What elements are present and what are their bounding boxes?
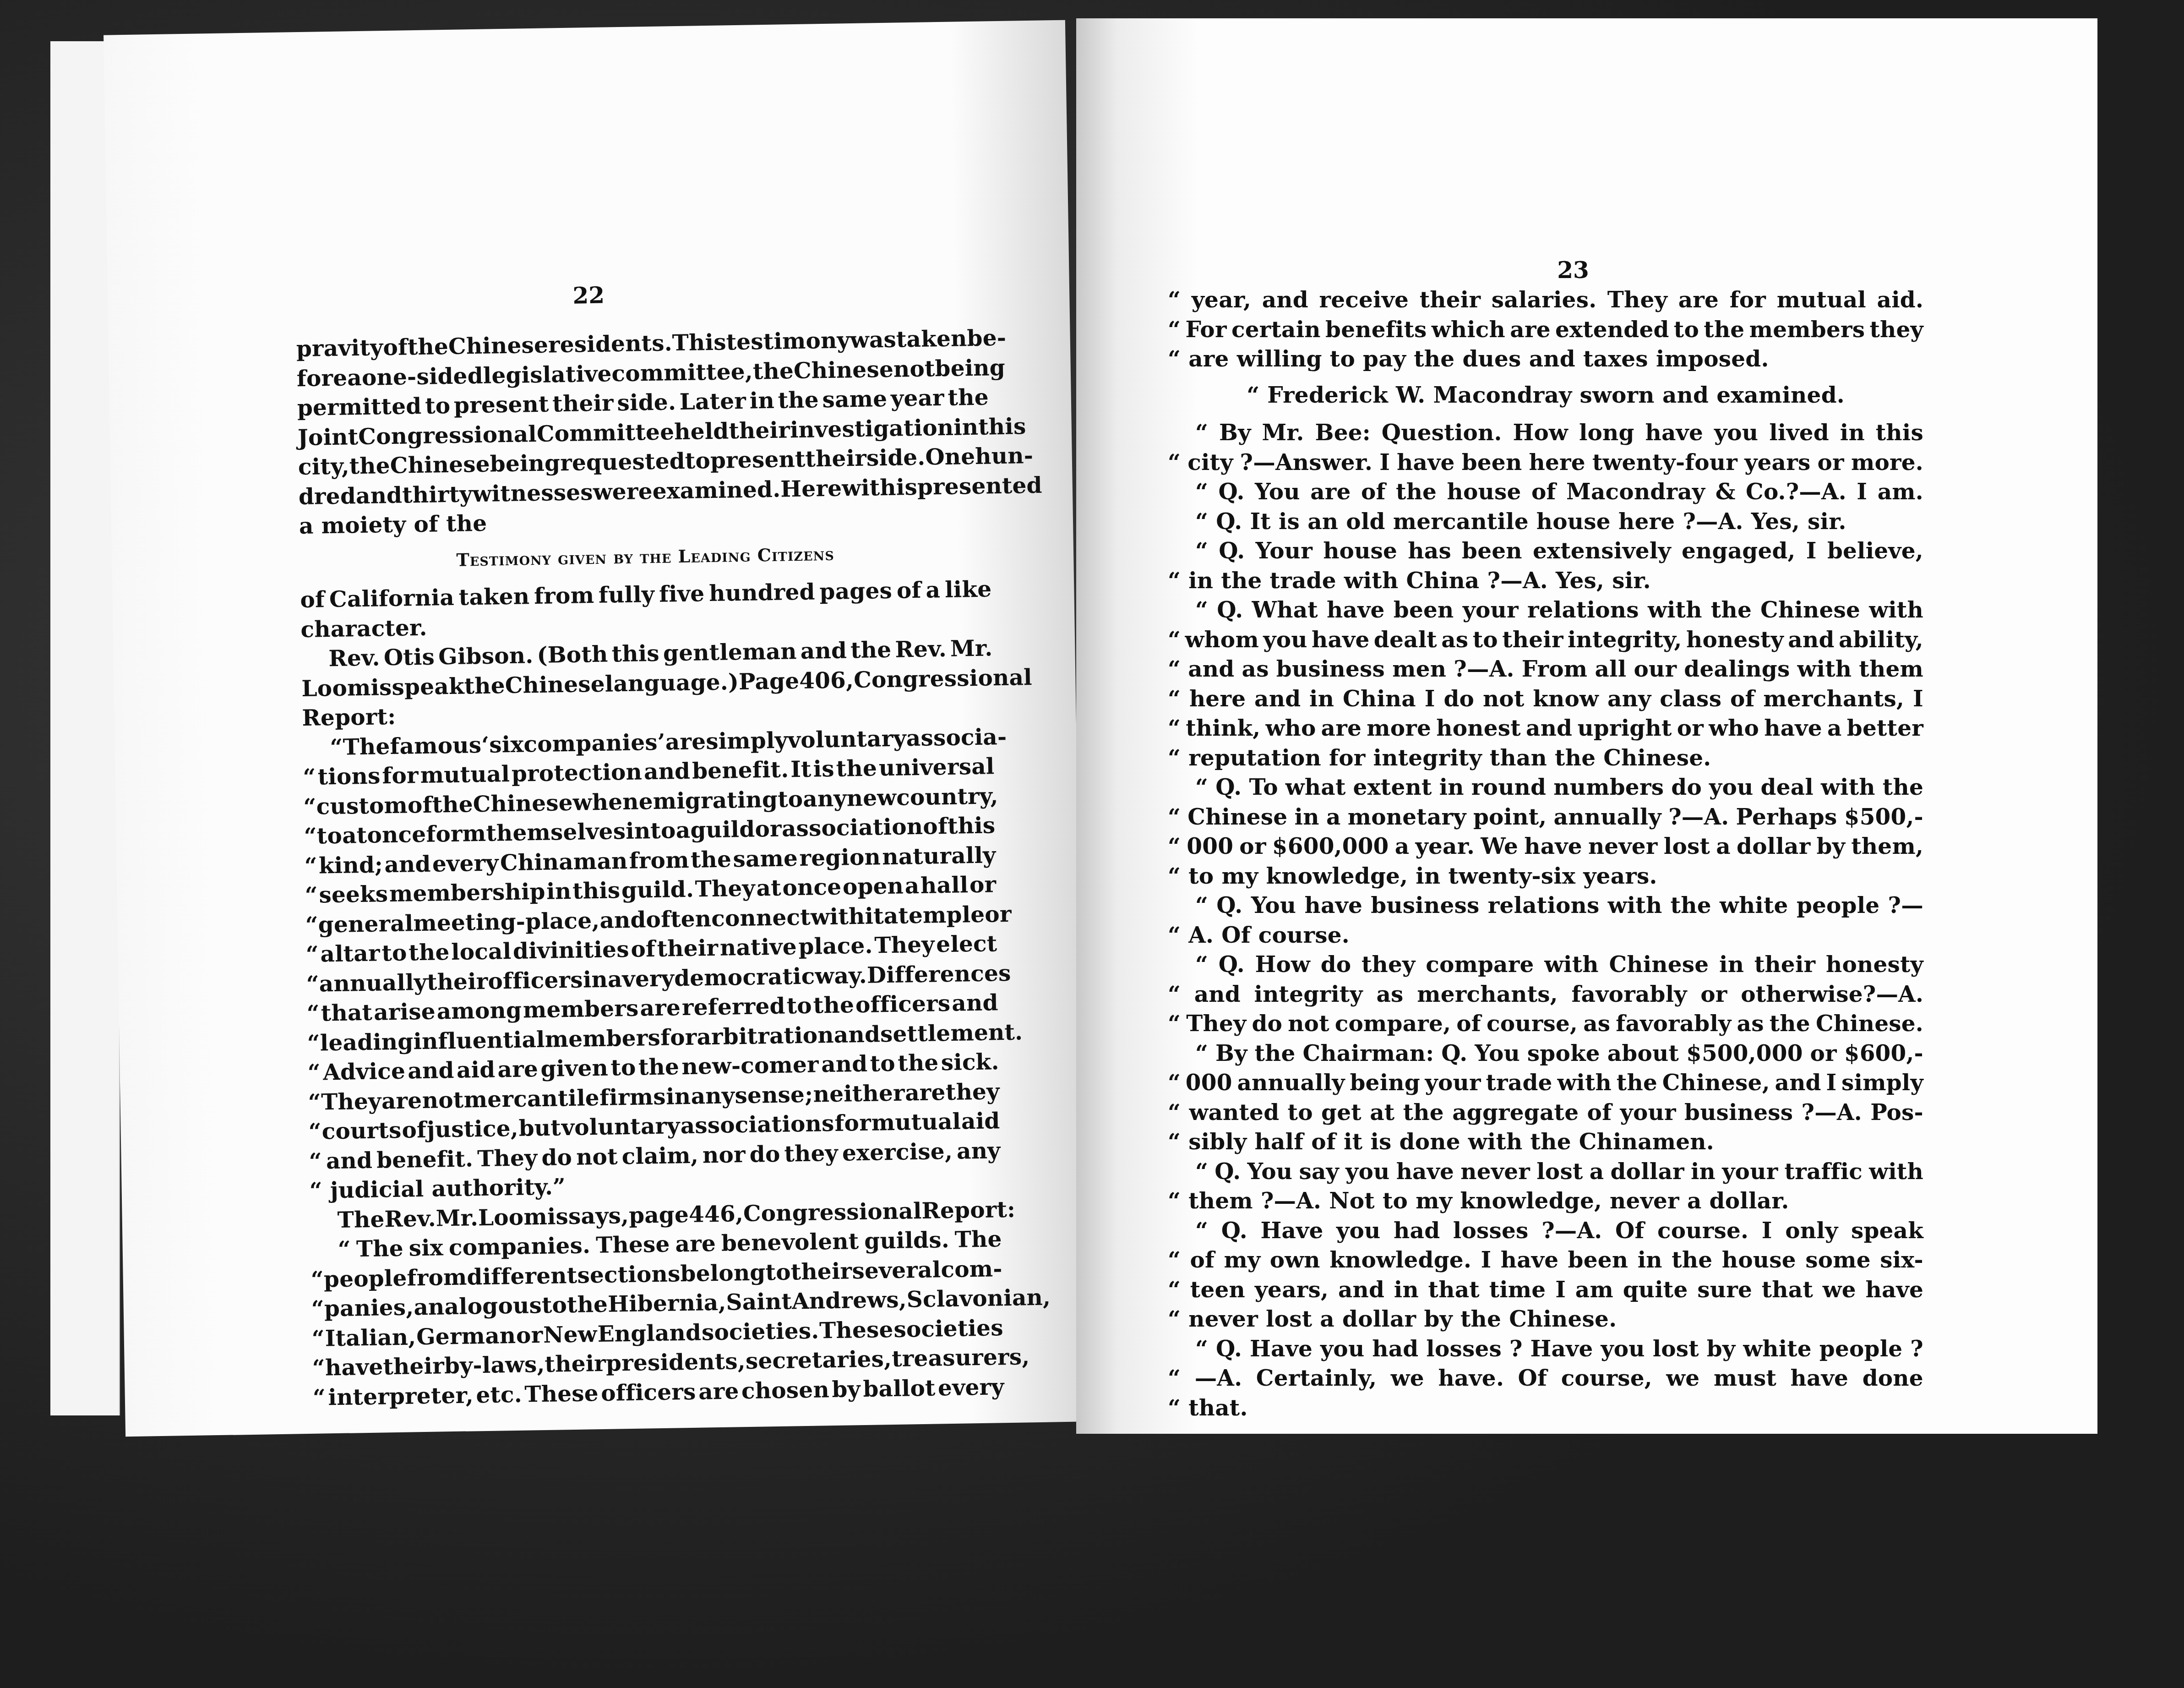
left-page: 22 pravityoftheChineseresidents.Thistest… [103, 20, 1087, 1437]
text-line: “whomyouhavedealtastotheirintegrity,hone… [1168, 625, 1923, 655]
text-line: “ofmyownknowledge.Ihavebeeninthehousesom… [1168, 1246, 1923, 1275]
text-line: “teenyears,andinthattimeIamquitesurethat… [1168, 1275, 1923, 1305]
text-line: “ in the trade with China ?—A. Yes, sir. [1168, 566, 1923, 596]
text-line: “hereandinChinaIdonotknowanyclassofmerch… [1168, 684, 1923, 714]
text-line: “Q.WhathavebeenyourrelationswiththeChine… [1168, 595, 1923, 625]
text-line: “ reputation for integrity than the Chin… [1168, 743, 1923, 773]
right-page: 23 “year,andreceivetheirsalaries.Theyare… [1076, 18, 2097, 1434]
text-line: “wantedtogetattheaggregateofyourbusiness… [1168, 1098, 1923, 1128]
page-number: 22 [108, 274, 1070, 317]
text-line: “Q.HowdotheycomparewithChineseintheirhon… [1168, 950, 1923, 980]
witness-heading: “ Frederick W. Macondray sworn and exami… [1168, 374, 1923, 419]
text-line: “000annuallybeingyourtradewiththeChinese… [1168, 1068, 1923, 1098]
text-line: “ are willing to pay the dues and taxes … [1168, 344, 1923, 374]
text-line: “Q.Youhavebusinessrelationswiththewhitep… [1168, 891, 1923, 921]
text-line: “BytheChairman:Q.Youspokeabout$500,000or… [1168, 1039, 1923, 1069]
text-line: “ Q. It is an old mercantile house here … [1168, 507, 1923, 537]
text-line: “andasbusinessmen?—A.Fromallourdealingsw… [1168, 655, 1923, 684]
text-line: “ them ?—A. Not to my knowledge, never a… [1168, 1186, 1923, 1216]
text-line: “ to my knowledge, in twenty-six years. [1168, 862, 1923, 891]
text-line: “ never lost a dollar by the Chinese. [1168, 1305, 1923, 1334]
text-line: “ sibly half of it is done with the Chin… [1168, 1127, 1923, 1157]
text-line: “city?—Answer.Ihavebeenheretwenty-fourye… [1168, 448, 1923, 478]
text-line: “Q.Towhatextentinroundnumbersdoyoudealwi… [1168, 773, 1923, 803]
text-line: “ByMr.Bee:Question.Howlonghaveyoulivedin… [1168, 418, 1923, 448]
text-line: “Q.Haveyouhadlosses?Haveyoulostbywhitepe… [1168, 1334, 1923, 1364]
page-body-text: pravityoftheChineseresidents.Thistestimo… [296, 323, 1004, 1412]
text-line: “Theydonotcompare,ofcourse,asfavorablyas… [1168, 1009, 1923, 1039]
text-line: “Q.Haveyouhadlosses?—A.Ofcourse.Ionlyspe… [1168, 1216, 1923, 1246]
text-line: “Q.YouareofthehouseofMacondray&Co.?—A.Ia… [1168, 477, 1923, 507]
page-body-text: “year,andreceivetheirsalaries.Theyarefor… [1168, 285, 1923, 1423]
text-line: “year,andreceivetheirsalaries.Theyarefor… [1168, 285, 1923, 315]
text-line: “Chineseinamonetarypoint,annually?—A.Per… [1168, 803, 1923, 832]
text-line: “Q.Yourhousehasbeenextensivelyengaged,Ib… [1168, 536, 1923, 566]
text-line: “Forcertainbenefitswhichareextendedtothe… [1168, 315, 1923, 345]
text-line: “think,whoaremorehonestanduprightorwhoha… [1168, 714, 1923, 743]
text-line: “—A.Certainly,wehave.Ofcourse,wemusthave… [1168, 1364, 1923, 1393]
text-line: “ A. Of course. [1168, 921, 1923, 951]
page-number: 23 [1062, 257, 2084, 284]
text-line: “ that. [1168, 1393, 1923, 1423]
text-line: “andintegrityasmerchants,favorablyorothe… [1168, 980, 1923, 1010]
text-line: “000or$600,000ayear.Wehaveneverlostadoll… [1168, 832, 1923, 862]
text-line: “Q.Yousayyouhaveneverlostadollarinyourtr… [1168, 1157, 1923, 1187]
